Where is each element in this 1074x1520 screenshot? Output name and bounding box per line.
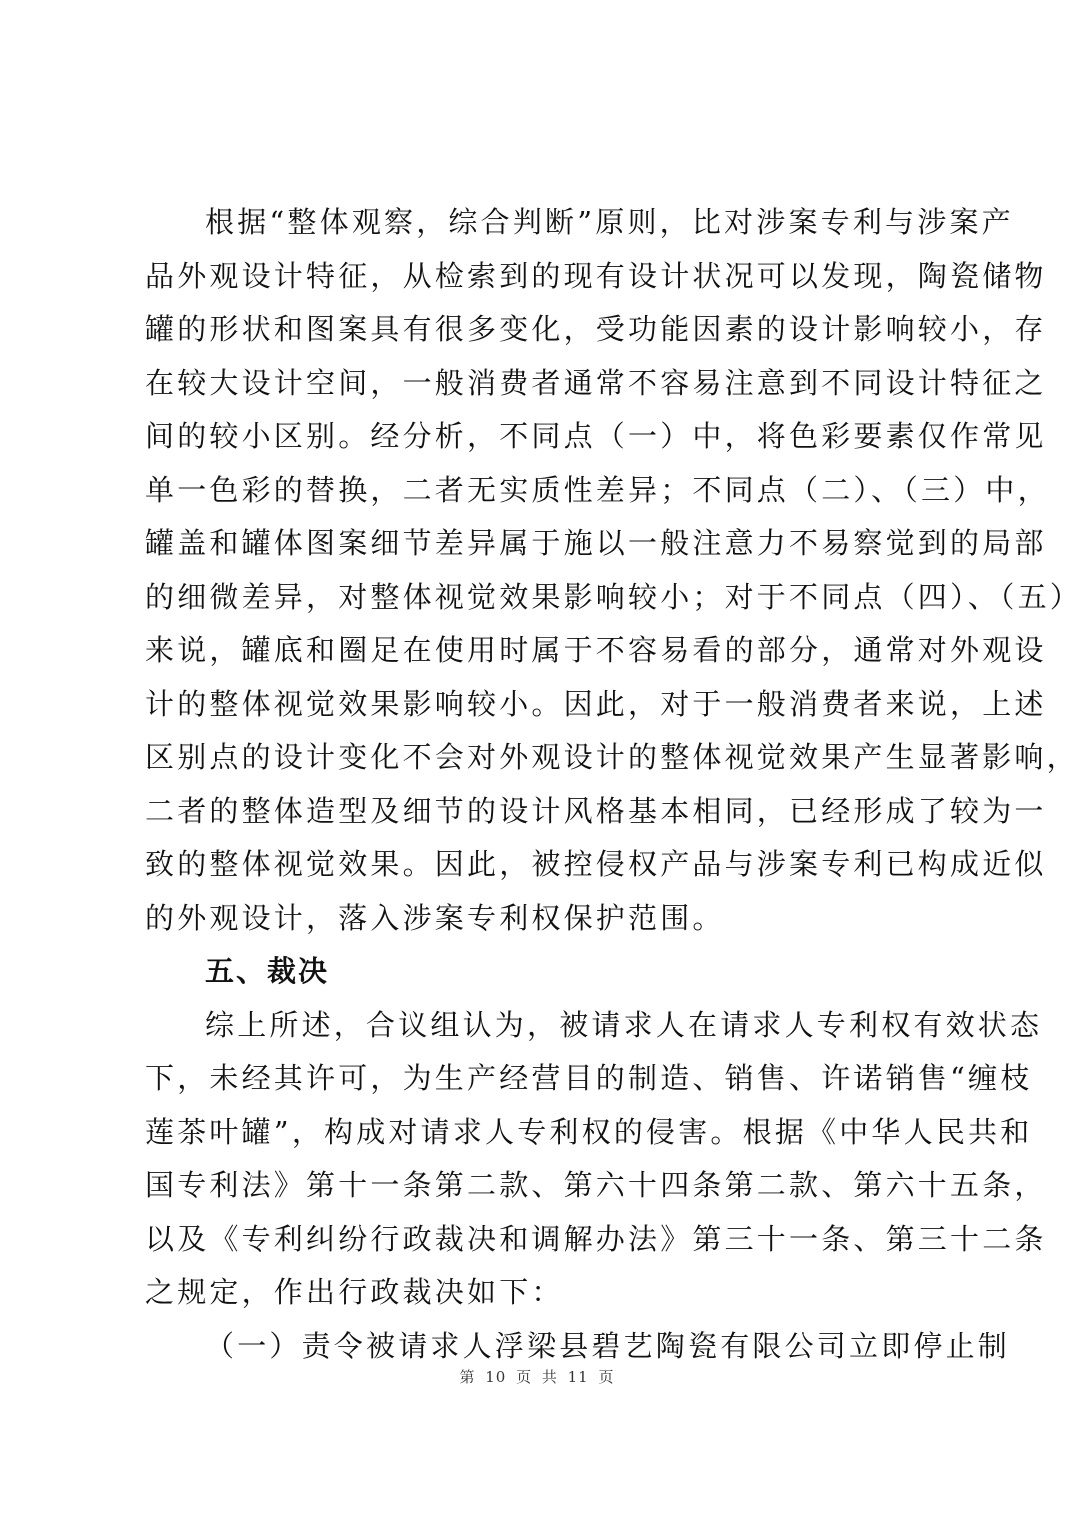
text-line: 罐的形状和图案具有很多变化，受功能因素的设计影响较小，存 bbox=[145, 303, 945, 357]
paragraph-ruling-item-1: （一）责令被请求人浮梁县碧艺陶瓷有限公司立即停止制 bbox=[145, 1320, 945, 1374]
text-line: 以及《专利纠纷行政裁决和调解办法》第三十一条、第三十二条 bbox=[145, 1213, 945, 1267]
text-line: （一）责令被请求人浮梁县碧艺陶瓷有限公司立即停止制 bbox=[145, 1320, 945, 1374]
page-number-footer: 第 10 页 共 11 页 bbox=[0, 1366, 1074, 1387]
text-line: 综上所述，合议组认为，被请求人在请求人专利权有效状态 bbox=[145, 999, 945, 1053]
paragraph-ruling-summary: 综上所述，合议组认为，被请求人在请求人专利权有效状态 下，未经其许可，为生产经营… bbox=[145, 999, 945, 1320]
section-heading-ruling: 五、裁决 bbox=[145, 945, 945, 999]
paragraph-infringement-analysis: 根据“整体观察，综合判断”原则，比对涉案专利与涉案产 品外观设计特征，从检索到的… bbox=[145, 196, 945, 945]
document-body: 根据“整体观察，综合判断”原则，比对涉案专利与涉案产 品外观设计特征，从检索到的… bbox=[145, 196, 945, 1373]
text-line: 计的整体视觉效果影响较小。因此，对于一般消费者来说，上述 bbox=[145, 678, 945, 732]
text-line: 品外观设计特征，从检索到的现有设计状况可以发现，陶瓷储物 bbox=[145, 250, 945, 304]
text-line: 间的较小区别。经分析，不同点（一）中，将色彩要素仅作常见 bbox=[145, 410, 945, 464]
text-line: 二者的整体造型及细节的设计风格基本相同，已经形成了较为一 bbox=[145, 785, 945, 839]
text-line: 来说，罐底和圈足在使用时属于不容易看的部分，通常对外观设 bbox=[145, 624, 945, 678]
text-line: 在较大设计空间，一般消费者通常不容易注意到不同设计特征之 bbox=[145, 357, 945, 411]
text-line: 的外观设计，落入涉案专利权保护范围。 bbox=[145, 892, 945, 946]
text-line: 致的整体视觉效果。因此，被控侵权产品与涉案专利已构成近似 bbox=[145, 838, 945, 892]
text-line: 下，未经其许可，为生产经营目的制造、销售、许诺销售“缠枝 bbox=[145, 1052, 945, 1106]
text-line: 罐盖和罐体图案细节差异属于施以一般注意力不易察觉到的局部 bbox=[145, 517, 945, 571]
text-line: 之规定，作出行政裁决如下： bbox=[145, 1266, 945, 1320]
document-page: 根据“整体观察，综合判断”原则，比对涉案专利与涉案产 品外观设计特征，从检索到的… bbox=[0, 0, 1074, 1520]
text-line: 国专利法》第十一条第二款、第六十四条第二款、第六十五条， bbox=[145, 1159, 945, 1213]
text-line: 根据“整体观察，综合判断”原则，比对涉案专利与涉案产 bbox=[145, 196, 945, 250]
text-line: 区别点的设计变化不会对外观设计的整体视觉效果产生显著影响， bbox=[145, 731, 945, 785]
text-line: 莲茶叶罐”，构成对请求人专利权的侵害。根据《中华人民共和 bbox=[145, 1106, 945, 1160]
text-line: 单一色彩的替换，二者无实质性差异；不同点（二）、（三）中， bbox=[145, 464, 945, 518]
text-line: 的细微差异，对整体视觉效果影响较小；对于不同点（四）、（五） bbox=[145, 571, 945, 625]
